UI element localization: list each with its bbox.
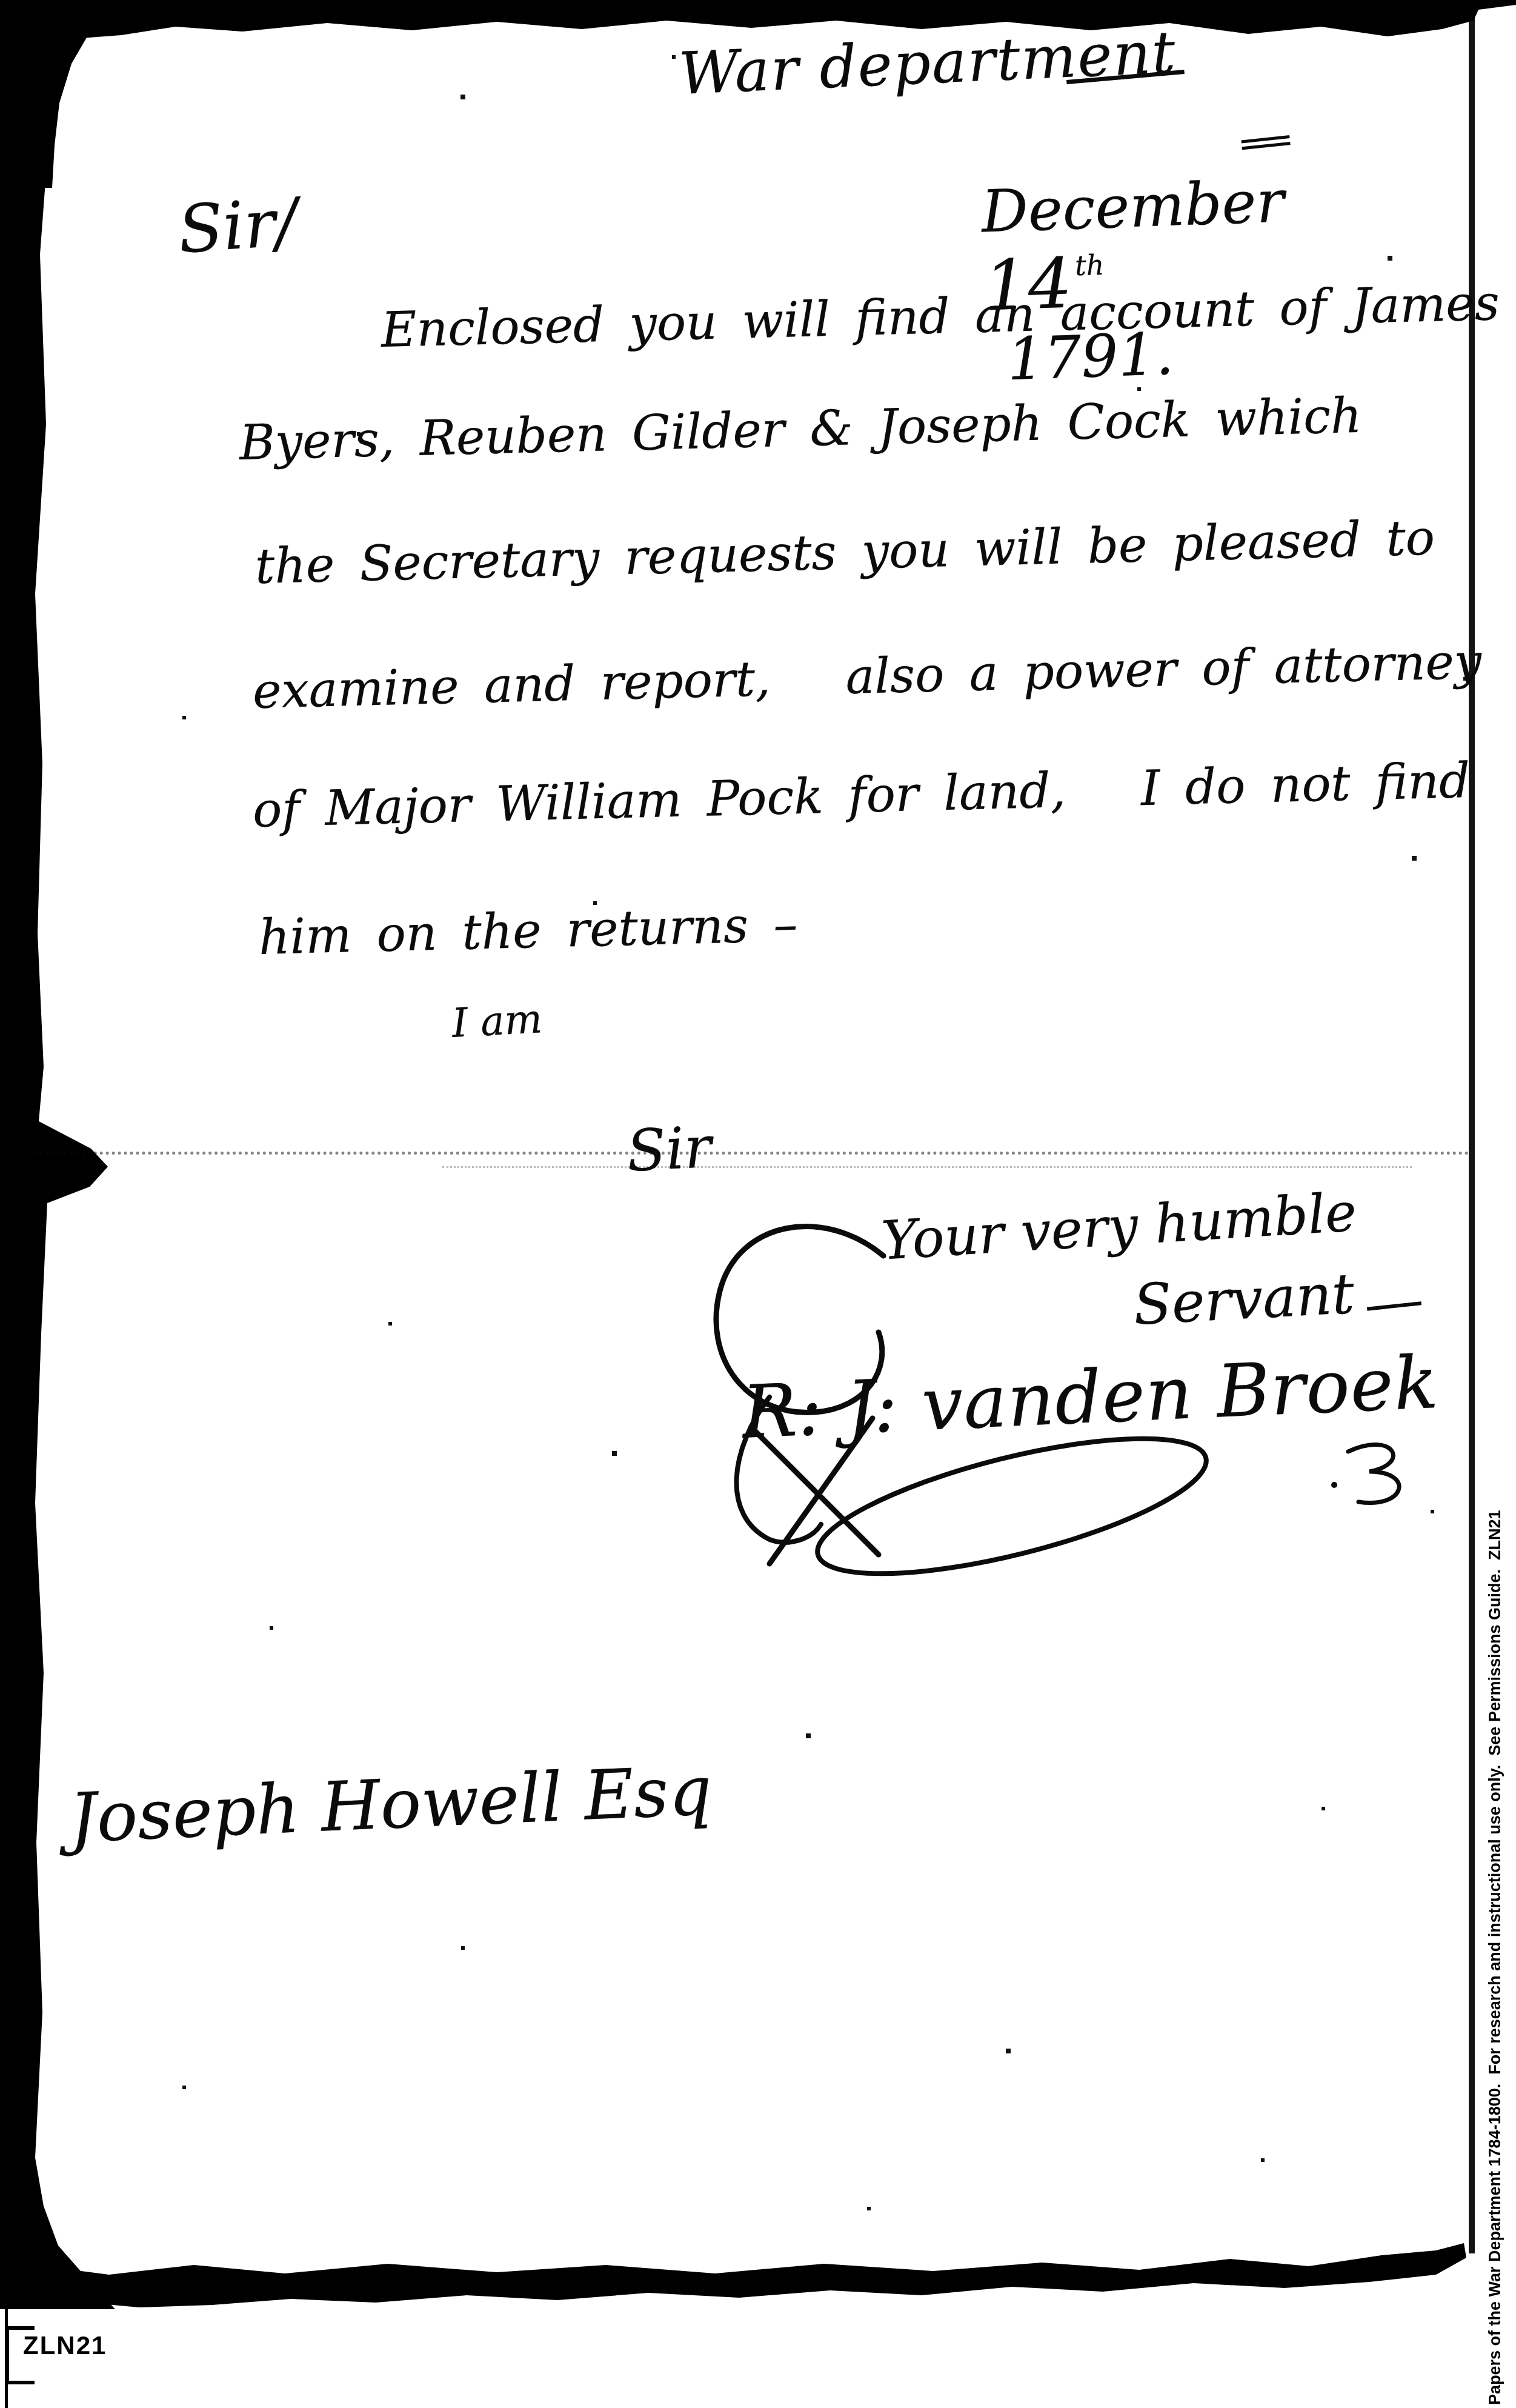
closing-compliment-2: Servant	[1132, 1261, 1356, 1338]
left-scan-edge	[0, 0, 115, 2309]
fold-crease	[33, 1152, 1469, 1155]
ink-specks	[0, 0, 2, 2]
page-id-label: ZLN21	[23, 2331, 107, 2360]
closing-i-am: I am	[451, 995, 544, 1047]
bottom-scan-edge	[12, 2240, 1466, 2309]
addressee: Joseph Howell Esq	[68, 1752, 714, 1858]
date-month: December	[980, 167, 1285, 245]
salutation: Sir/	[176, 184, 300, 268]
date-underline-mark	[1241, 135, 1290, 150]
signature-flourish	[697, 1394, 1454, 1588]
servant-trailing-stroke	[1367, 1301, 1421, 1310]
body-line: examine and report, also a power of atto…	[252, 633, 1482, 719]
fold-crease-faint	[442, 1166, 1412, 1168]
body-line: the Secretary requests you will be pleas…	[254, 509, 1435, 595]
letterhead-office: War department	[677, 18, 1178, 108]
right-scan-edge	[1469, 17, 1475, 2253]
scanned-letter-page: War department December 14th 1791. Sir/ …	[0, 0, 1516, 2408]
closing-sir: Sir	[625, 1115, 713, 1185]
archive-caption: Papers of the War Department 1784-1800. …	[1486, 1526, 1504, 2405]
top-scan-edge	[0, 0, 1516, 39]
body-line: him on the returns –	[258, 896, 798, 966]
date-day-suffix: th	[1074, 248, 1105, 282]
closing-compliment-1: Your very humble	[880, 1181, 1358, 1272]
body-line: of Major William Pock for land, I do not…	[252, 752, 1471, 838]
